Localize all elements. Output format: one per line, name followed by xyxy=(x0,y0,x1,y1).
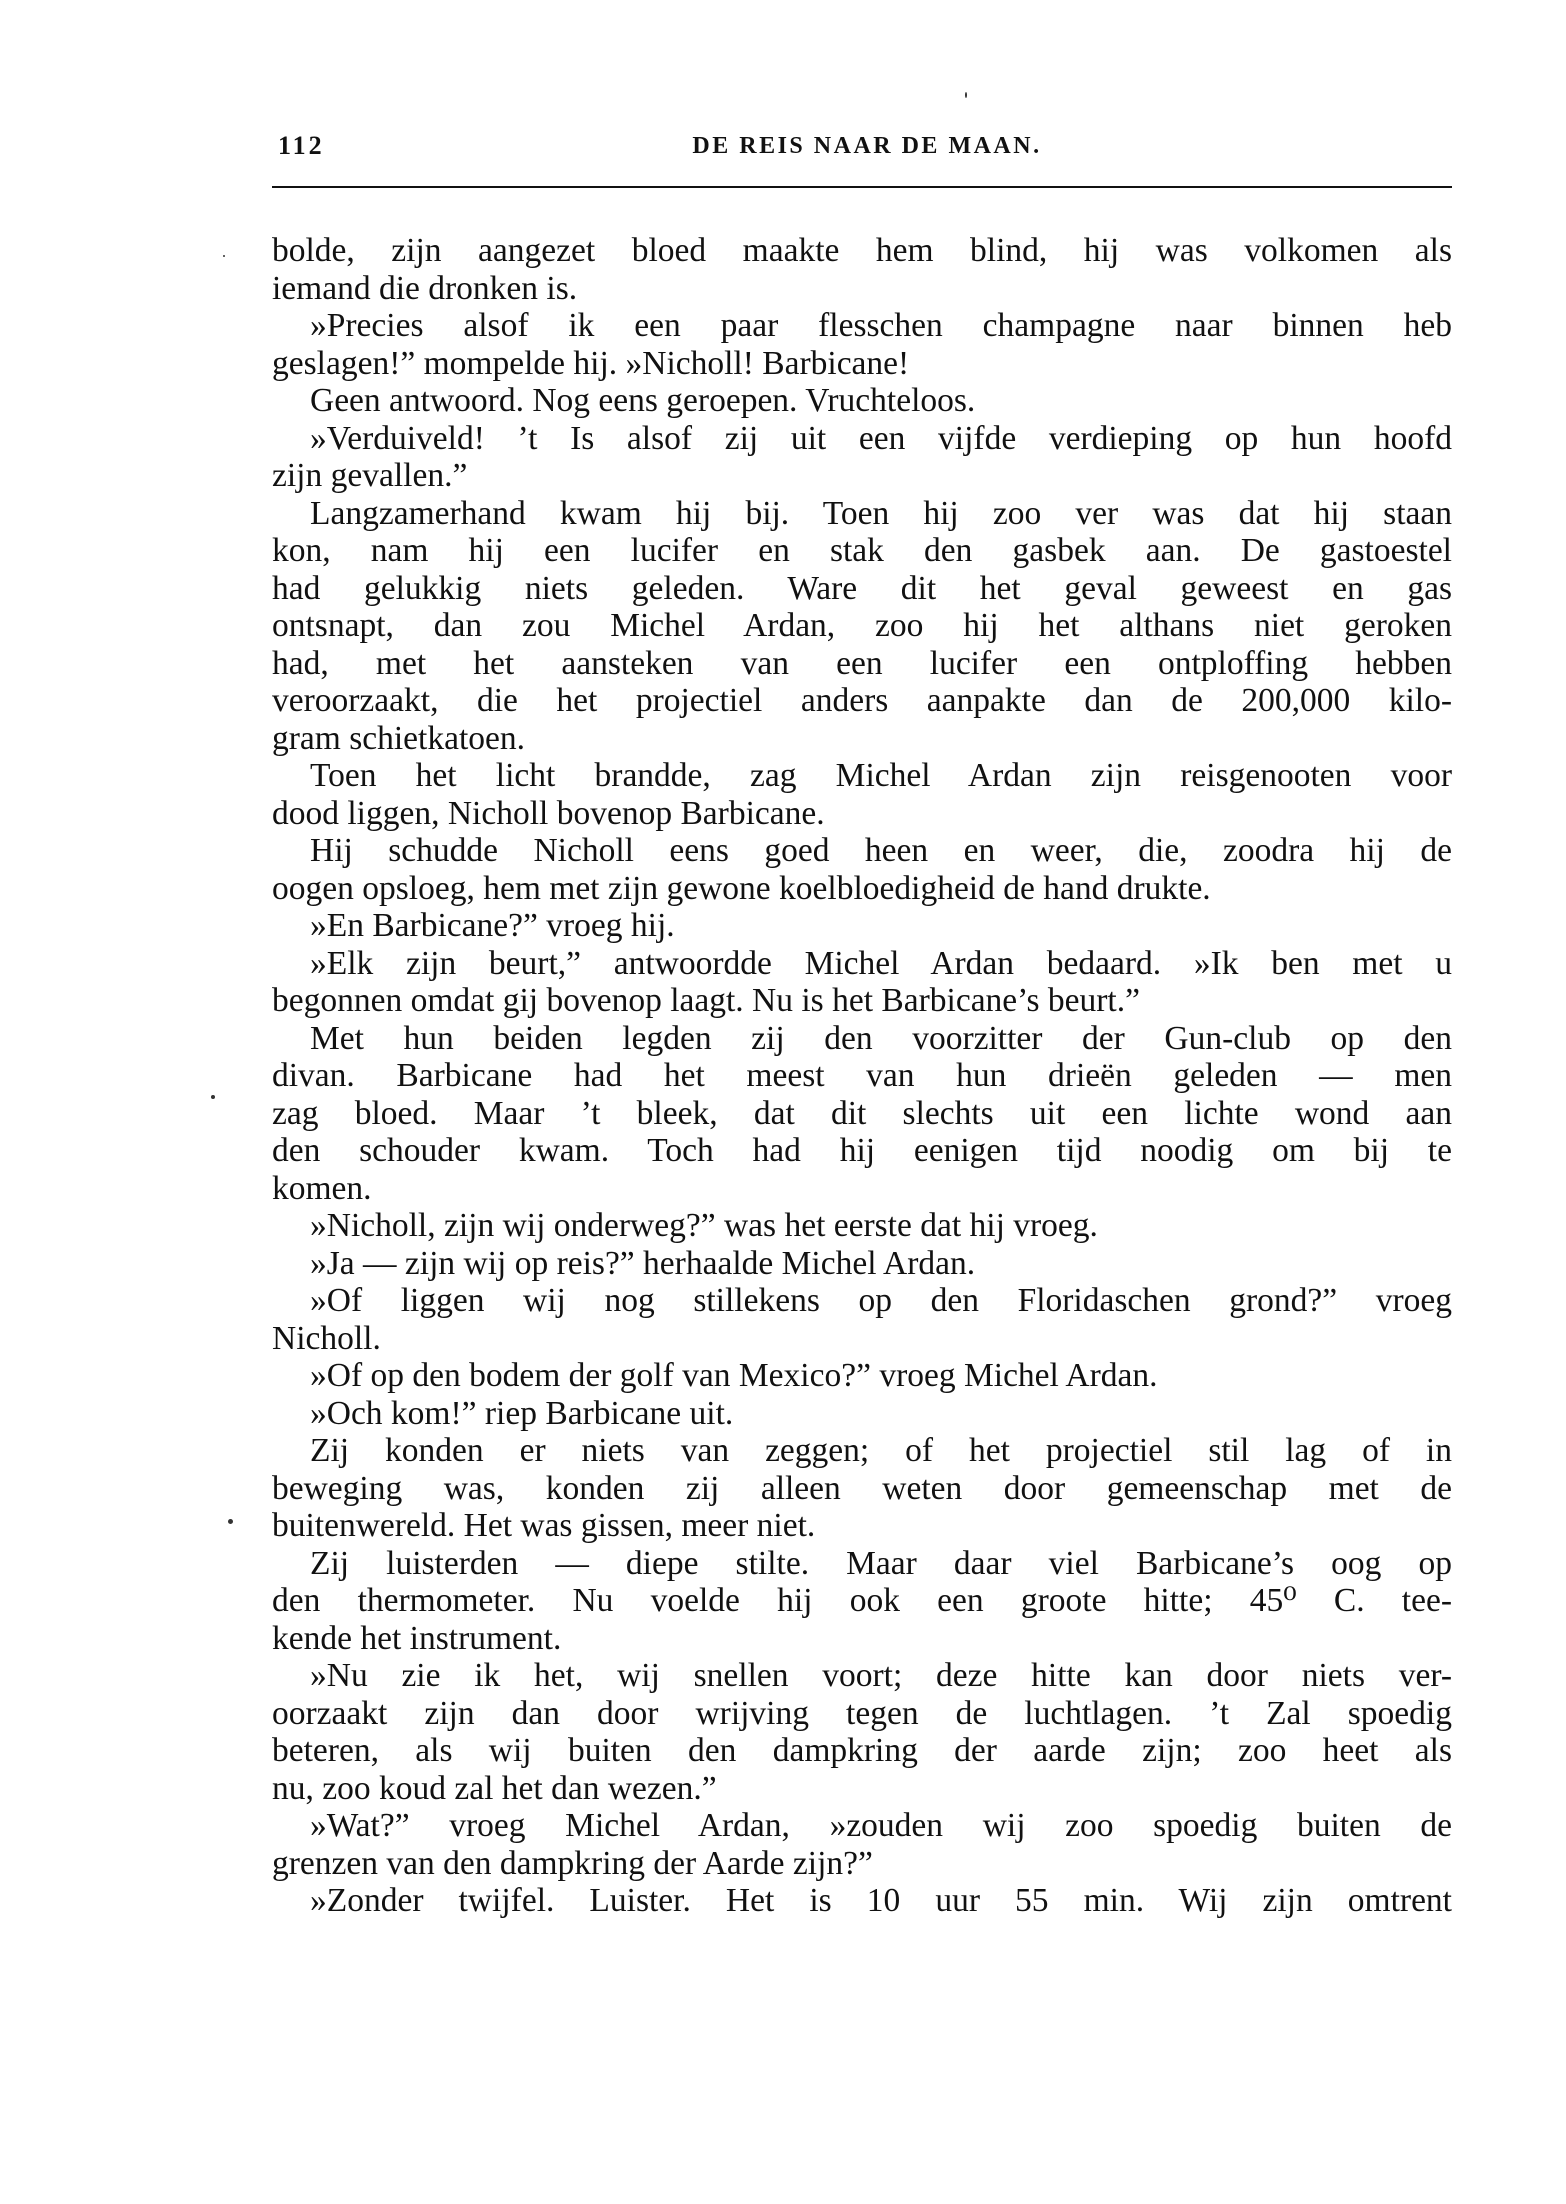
text-line: had gelukkig niets geleden. Ware dit het… xyxy=(272,570,1452,608)
text-line: Hij schudde Nicholl eens goed heen en we… xyxy=(272,832,1452,870)
text-line: »Wat?” vroeg Michel Ardan, »zouden wij z… xyxy=(272,1807,1452,1845)
text-line: veroorzaakt, die het projectiel anders a… xyxy=(272,682,1452,720)
text-line: grenzen van den dampkring der Aarde zijn… xyxy=(272,1845,1452,1883)
text-line: Met hun beiden legden zij den voorzitter… xyxy=(272,1020,1452,1058)
scan-speck xyxy=(211,1095,215,1099)
text-line: Langzamerhand kwam hij bij. Toen hij zoo… xyxy=(272,495,1452,533)
scan-speck xyxy=(223,255,225,257)
scan-speck xyxy=(228,1519,233,1524)
text-line: beteren, als wij buiten den dampkring de… xyxy=(272,1732,1452,1770)
header-rule xyxy=(272,186,1452,188)
text-line: geslagen!” mompelde hij. »Nicholl! Barbi… xyxy=(272,345,1452,383)
running-head: 112 DE REIS NAAR DE MAAN. xyxy=(272,126,1452,166)
scan-speck xyxy=(965,92,967,98)
text-line: Zij luisterden — diepe stilte. Maar daar… xyxy=(272,1545,1452,1583)
text-line: begonnen omdat gij bovenop laagt. Nu is … xyxy=(272,982,1452,1020)
text-line: oogen opsloeg, hem met zijn gewone koelb… xyxy=(272,870,1452,908)
text-line: »Of op den bodem der golf van Mexico?” v… xyxy=(272,1357,1452,1395)
text-line: kende het instrument. xyxy=(272,1620,1452,1658)
running-title: DE REIS NAAR DE MAAN. xyxy=(272,126,1452,166)
text-line: »Och kom!” riep Barbicane uit. xyxy=(272,1395,1452,1433)
text-line: »Of liggen wij nog stillekens op den Flo… xyxy=(272,1282,1452,1320)
book-page: 112 DE REIS NAAR DE MAAN. bolde, zijn aa… xyxy=(0,0,1566,2204)
text-line: kon, nam hij een lucifer en stak den gas… xyxy=(272,532,1452,570)
text-line: »Nicholl, zijn wij onderweg?” was het ee… xyxy=(272,1207,1452,1245)
text-line: nu, zoo koud zal het dan wezen.” xyxy=(272,1770,1452,1808)
text-line: beweging was, konden zij alleen weten do… xyxy=(272,1470,1452,1508)
text-line: »Precies alsof ik een paar flesschen cha… xyxy=(272,307,1452,345)
text-line: »Ja — zijn wij op reis?” herhaalde Miche… xyxy=(272,1245,1452,1283)
text-line: dood liggen, Nicholl bovenop Barbicane. xyxy=(272,795,1452,833)
text-line: den schouder kwam. Toch had hij eenigen … xyxy=(272,1132,1452,1170)
text-line: bolde, zijn aangezet bloed maakte hem bl… xyxy=(272,232,1452,270)
text-line: komen. xyxy=(272,1170,1452,1208)
text-line: divan. Barbicane had het meest van hun d… xyxy=(272,1057,1452,1095)
text-line: buitenwereld. Het was gissen, meer niet. xyxy=(272,1507,1452,1545)
text-line: oorzaakt zijn dan door wrijving tegen de… xyxy=(272,1695,1452,1733)
text-line: ontsnapt, dan zou Michel Ardan, zoo hij … xyxy=(272,607,1452,645)
text-line: iemand die dronken is. xyxy=(272,270,1452,308)
text-line: »En Barbicane?” vroeg hij. xyxy=(272,907,1452,945)
text-line: »Nu zie ik het, wij snellen voort; deze … xyxy=(272,1657,1452,1695)
text-line: Geen antwoord. Nog eens geroepen. Vrucht… xyxy=(272,382,1452,420)
text-line: had, met het aansteken van een lucifer e… xyxy=(272,645,1452,683)
body-text: bolde, zijn aangezet bloed maakte hem bl… xyxy=(272,232,1452,1920)
text-line: Toen het licht brandde, zag Michel Ardan… xyxy=(272,757,1452,795)
text-line: den thermometer. Nu voelde hij ook een g… xyxy=(272,1582,1452,1620)
text-line: gram schietkatoen. xyxy=(272,720,1452,758)
text-line: Nicholl. xyxy=(272,1320,1452,1358)
text-line: Zij konden er niets van zeggen; of het p… xyxy=(272,1432,1452,1470)
text-line: »Zonder twijfel. Luister. Het is 10 uur … xyxy=(272,1882,1452,1920)
text-line: »Verduiveld! ’t Is alsof zij uit een vij… xyxy=(272,420,1452,458)
text-line: zag bloed. Maar ’t bleek, dat dit slecht… xyxy=(272,1095,1452,1133)
text-line: zijn gevallen.” xyxy=(272,457,1452,495)
text-line: »Elk zijn beurt,” antwoordde Michel Arda… xyxy=(272,945,1452,983)
